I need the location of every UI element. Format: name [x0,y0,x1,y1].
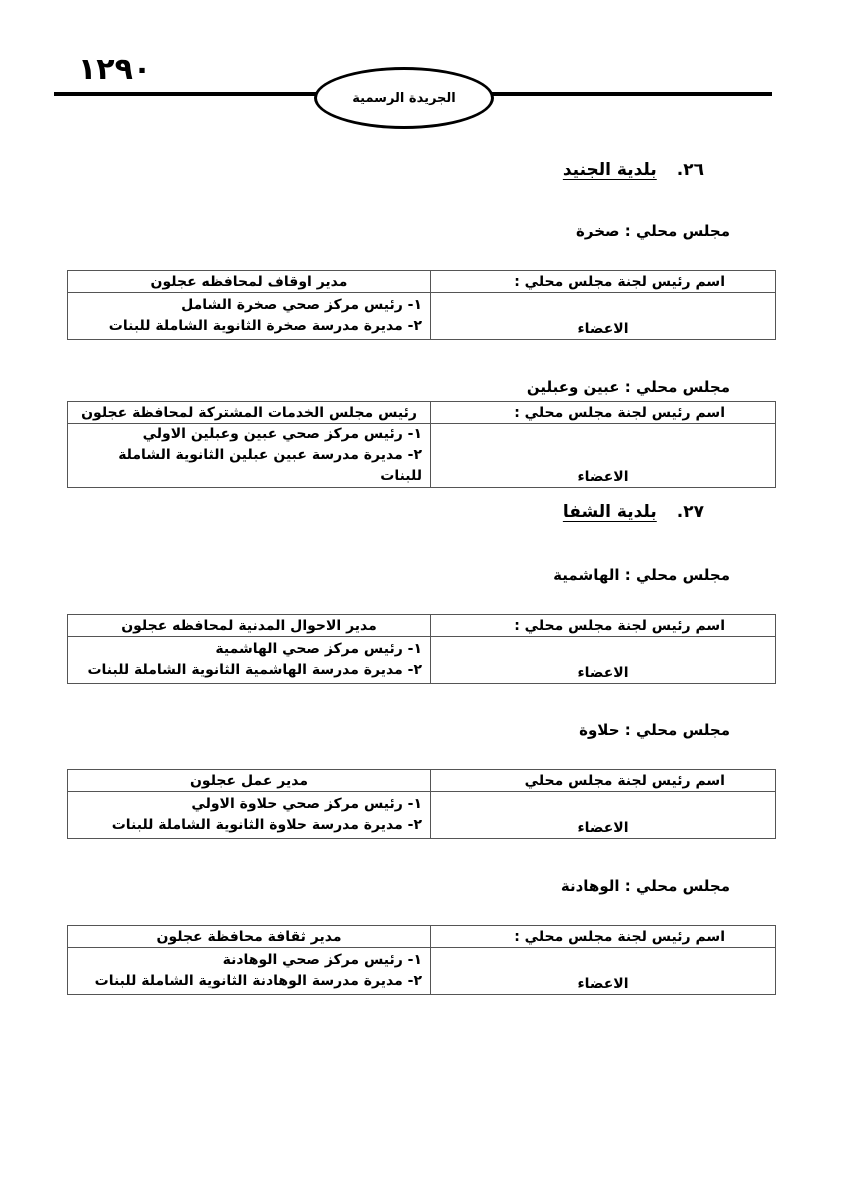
section-name: بلدية الجنيد [563,160,657,180]
member-item: ٢- مديرة مدرسة عبين عبلين الثانوية الشام… [76,445,422,487]
council-title-sakhra: مجلس محلي : صخرة [576,222,730,240]
chair-value: رئيس مجلس الخدمات المشتركة لمحافظة عجلون [68,402,431,424]
members-list: ١- رئيس مركز صحي صخرة الشامل ٢- مديرة مد… [68,293,431,340]
council-table-halawa: اسم رئيس لجنة مجلس محلي مدير عمل عجلون ا… [67,769,776,839]
council-title-halawa: مجلس محلي : حلاوة [579,721,730,739]
member-item: ١- رئيس مركز صحي صخرة الشامل [76,295,422,316]
chair-label: اسم رئيس لجنة مجلس محلي : [431,926,776,948]
member-item: ٢- مديرة مدرسة صخرة الثانوية الشاملة للب… [76,316,422,337]
chair-value: مدير ثقافة محافظة عجلون [68,926,431,948]
council-table-ebbin: اسم رئيس لجنة مجلس محلي : رئيس مجلس الخد… [67,401,776,488]
section-title-26: ٢٦.بلدية الجنيد [563,160,704,180]
member-item: ٢- مديرة مدرسة الهاشمية الثانوية الشاملة… [76,660,422,681]
member-item: ١- رئيس مركز صحي عبين وعبلين الاولي [76,424,422,445]
member-item: ٢- مديرة مدرسة الوهادنة الثانوية الشاملة… [76,971,422,992]
gazette-title: الجريدة الرسمية [352,91,456,106]
members-label: الاعضاء [431,424,776,488]
council-table-wahadna: اسم رئيس لجنة مجلس محلي : مدير ثقافة محا… [67,925,776,995]
section-number: ٢٧. [677,502,704,522]
gazette-title-oval: الجريدة الرسمية [314,67,494,129]
chair-label: اسم رئيس لجنة مجلس محلي : [431,615,776,637]
section-number: ٢٦. [677,160,704,180]
council-title-hashemiya: مجلس محلي : الهاشمية [553,566,730,584]
council-table-sakhra: اسم رئيس لجنة مجلس محلي : مدير اوقاف لمح… [67,270,776,340]
section-name: بلدية الشفا [563,502,657,522]
chair-label: اسم رئيس لجنة مجلس محلي : [431,402,776,424]
council-table-hashemiya: اسم رئيس لجنة مجلس محلي : مدير الاحوال ا… [67,614,776,684]
members-label: الاعضاء [431,637,776,684]
members-label: الاعضاء [431,792,776,839]
member-item: ٢- مديرة مدرسة حلاوة الثانوية الشاملة لل… [76,815,422,836]
section-title-27: ٢٧.بلدية الشفا [563,502,704,522]
chair-value: مدير اوقاف لمحافظه عجلون [68,271,431,293]
chair-label: اسم رئيس لجنة مجلس محلي [431,770,776,792]
members-list: ١- رئيس مركز صحي الهاشمية ٢- مديرة مدرسة… [68,637,431,684]
page-number: ١٢٩٠ [78,52,151,87]
council-title-ebbin: مجلس محلي : عبين وعبلين [527,378,730,396]
chair-value: مدير عمل عجلون [68,770,431,792]
member-item: ١- رئيس مركز صحي الهاشمية [76,639,422,660]
council-title-wahadna: مجلس محلي : الوهادنة [561,877,730,895]
members-label: الاعضاء [431,948,776,995]
chair-label: اسم رئيس لجنة مجلس محلي : [431,271,776,293]
members-label: الاعضاء [431,293,776,340]
members-list: ١- رئيس مركز صحي حلاوة الاولي ٢- مديرة م… [68,792,431,839]
members-list: ١- رئيس مركز صحي الوهادنة ٢- مديرة مدرسة… [68,948,431,995]
chair-value: مدير الاحوال المدنية لمحافظه عجلون [68,615,431,637]
members-list: ١- رئيس مركز صحي عبين وعبلين الاولي ٢- م… [68,424,431,488]
member-item: ١- رئيس مركز صحي حلاوة الاولي [76,794,422,815]
member-item: ١- رئيس مركز صحي الوهادنة [76,950,422,971]
